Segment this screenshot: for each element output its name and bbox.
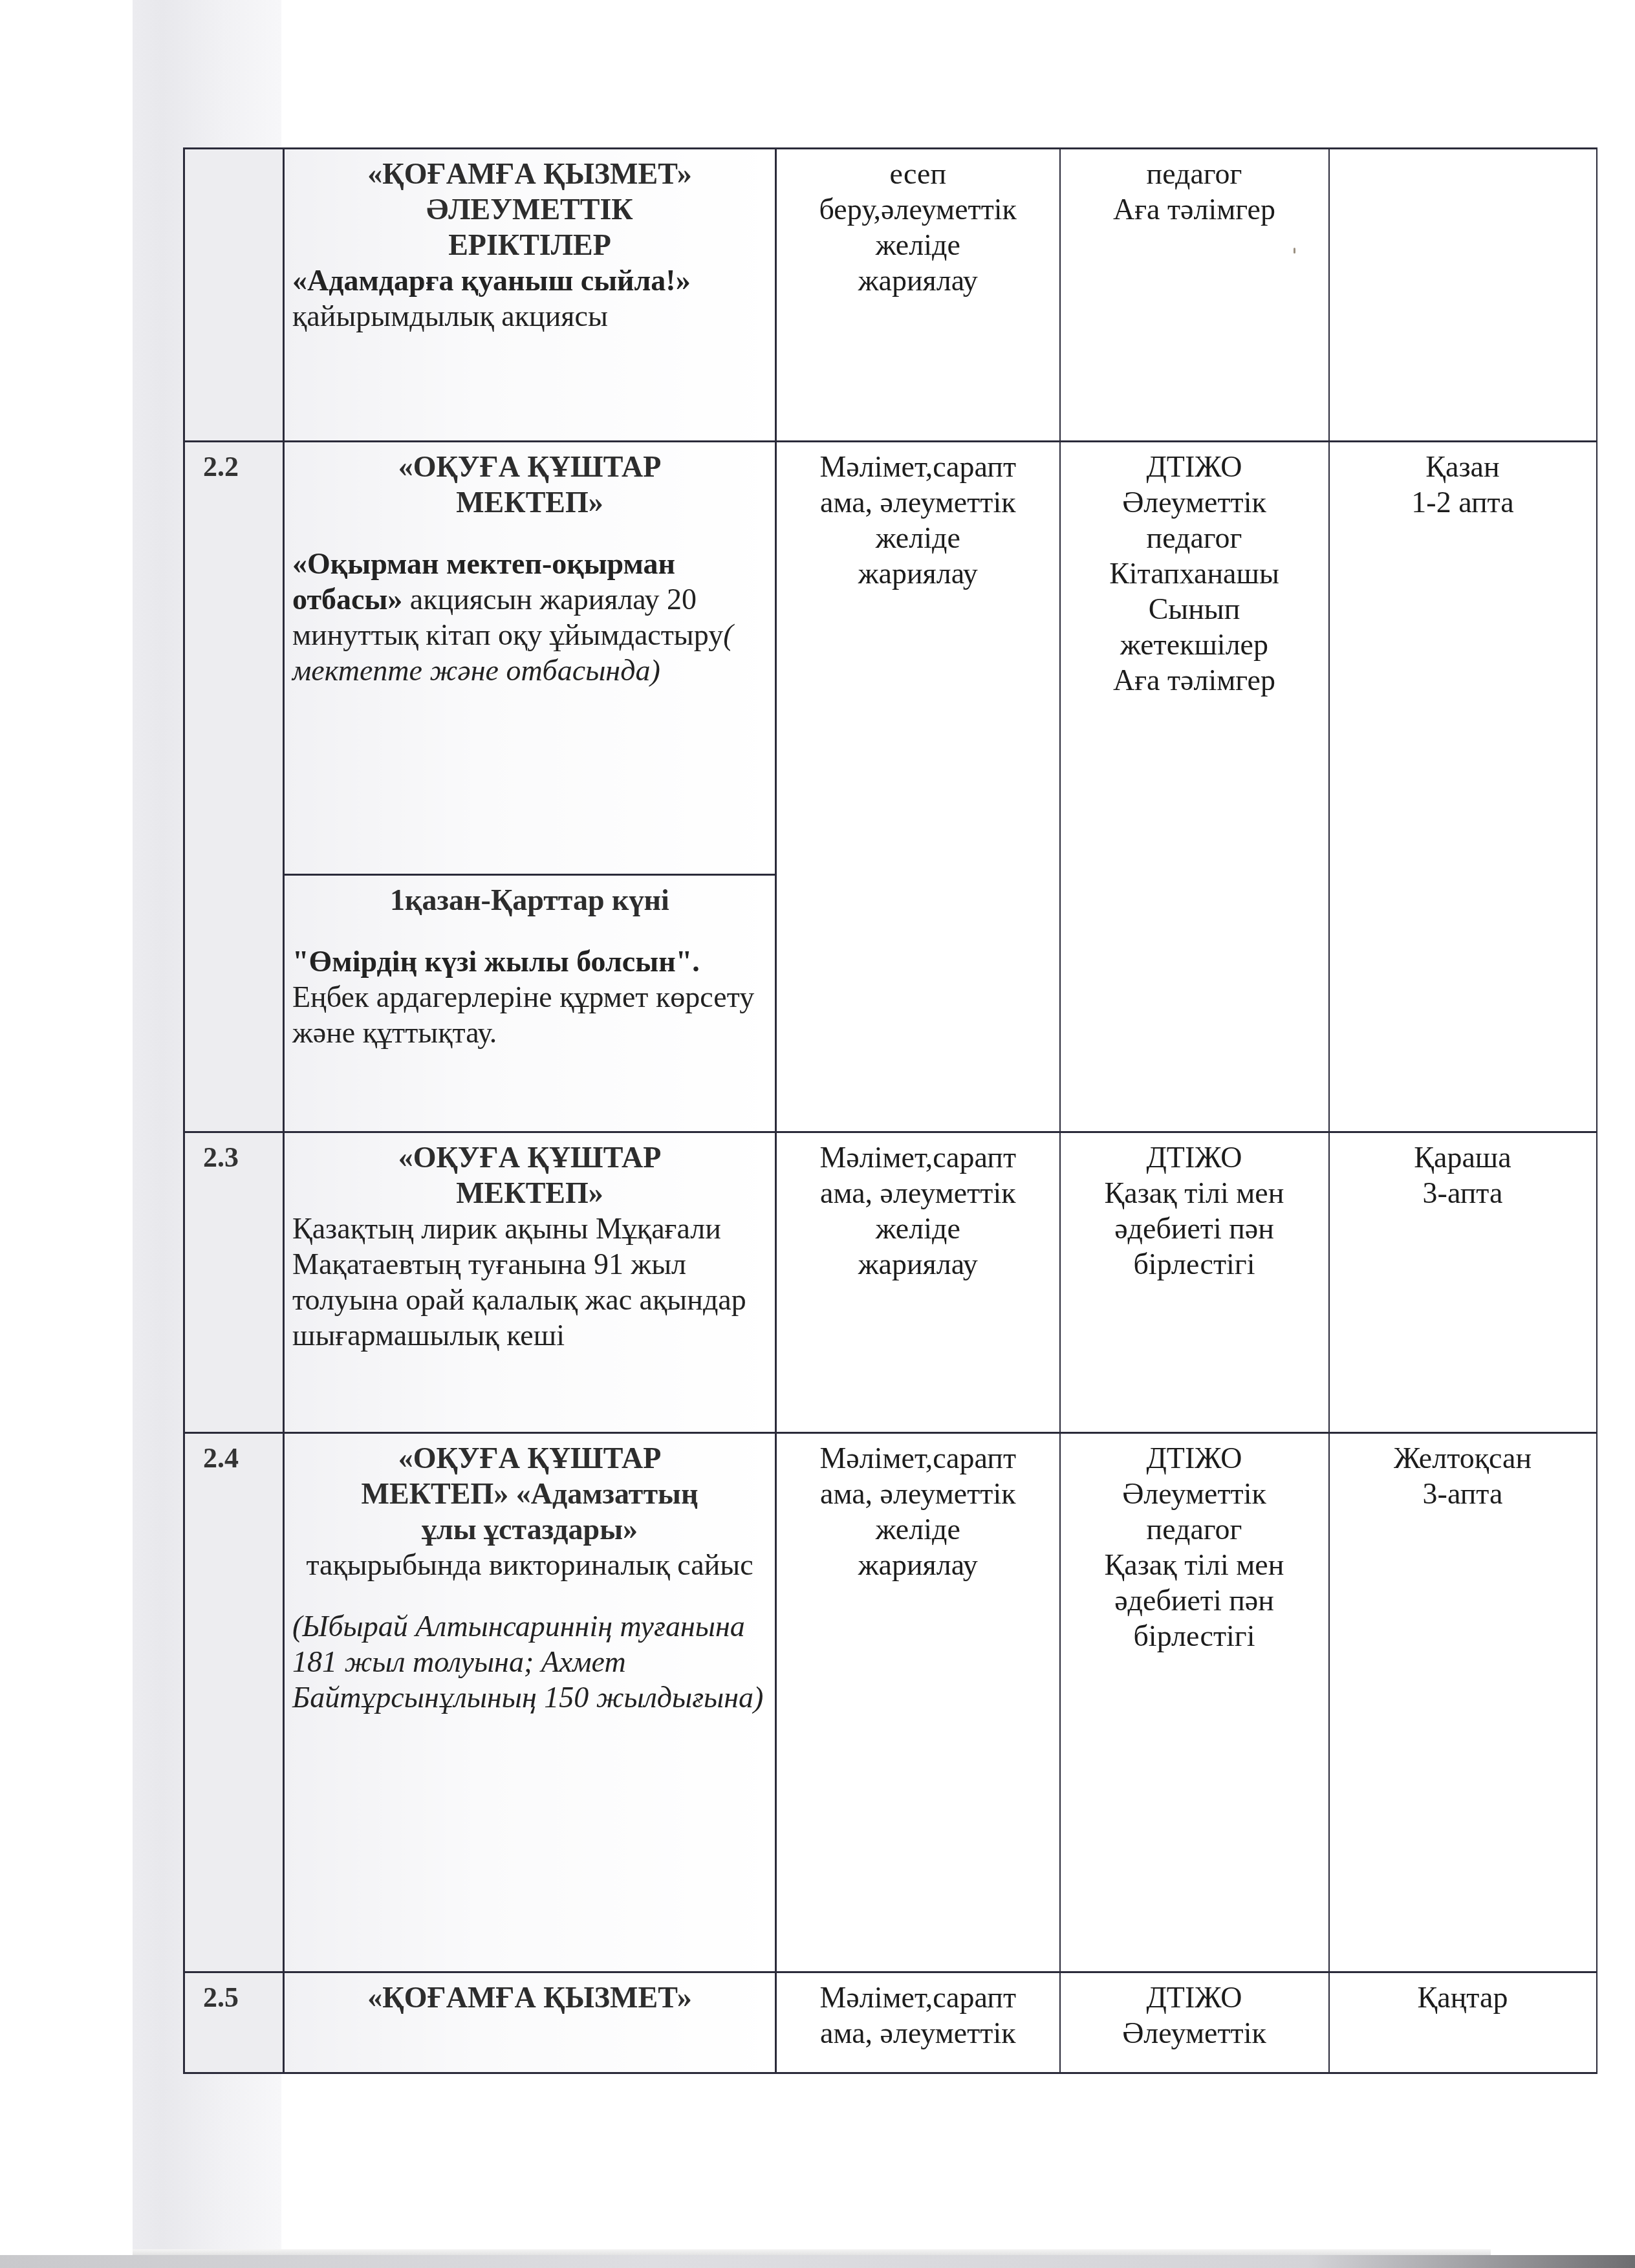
form-cell: Мәлімет,сарапт ама, әлеуметтік желіде жа… [776,442,1060,1132]
event-description: «Адамдарға қуаныш сыйла!» қайырымдылық а… [292,263,767,334]
responsible-cell: педагог Аға тәлімгер [1060,149,1329,442]
sub-event-cell: 1қазан-Қарттар күні "Өмірдің күзі жылы б… [284,875,776,1132]
responsible-cell: ДТІЖО Қазақ тілі мен әдебиеті пән бірлес… [1060,1132,1329,1433]
event-cell: «ОҚУҒА ҚҰШТАР МЕКТЕП» «Адамзаттың ұлы ұс… [284,1433,776,1972]
responsible-cell: ДТІЖО Әлеуметтік [1060,1972,1329,2073]
responsible-cell: ДТІЖО Әлеуметтік педагог Кітапханашы Сын… [1060,442,1329,1132]
event-title: «ҚОҒАМҒА ҚЫЗМЕТ» [292,1980,767,2015]
row-number: 2.3 [184,1132,284,1433]
table-row: «ҚОҒАМҒА ҚЫЗМЕТ» ӘЛЕУМЕТТІК ЕРІКТІЛЕР «А… [184,149,1597,442]
event-description: тақырыбында викториналық сайыс [292,1547,767,1582]
form-cell: есеп беру,әлеуметтік желіде жариялау [776,149,1060,442]
event-description: «Оқырман мектеп-оқырман отбасы» акциясын… [292,546,767,688]
row-number: 2.2 [184,442,284,1132]
form-cell: Мәлімет,сарапт ама, әлеуметтік желіде жа… [776,1433,1060,1972]
event-cell: «ОҚУҒА ҚҰШТАР МЕКТЕП» «Оқырман мектеп-оқ… [284,442,776,875]
event-cell: «ҚОҒАМҒА ҚЫЗМЕТ» ӘЛЕУМЕТТІК ЕРІКТІЛЕР «А… [284,149,776,442]
table-row: 2.2 «ОҚУҒА ҚҰШТАР МЕКТЕП» «Оқырман мекте… [184,442,1597,875]
event-title: «ОҚУҒА ҚҰШТАР МЕКТЕП» [292,1139,767,1211]
date-cell: Қазан 1-2 апта [1329,442,1597,1132]
scan-margin [0,0,133,2268]
row-number [184,149,284,442]
row-number: 2.5 [184,1972,284,2073]
event-title: «ОҚУҒА ҚҰШТАР МЕКТЕП» «Адамзаттың ұлы ұс… [292,1440,767,1547]
sub-event-title: 1қазан-Қарттар күні [292,882,767,918]
date-cell [1329,149,1597,442]
event-note: (Ыбырай Алтынсариннің туғанына 181 жыл т… [292,1608,767,1715]
event-description: Қазақтың лирик ақыны Мұқағали Мақатаевты… [292,1211,767,1353]
date-cell: Қаңтар [1329,1972,1597,2073]
event-title: «ҚОҒАМҒА ҚЫЗМЕТ» ӘЛЕУМЕТТІК ЕРІКТІЛЕР [292,156,767,263]
event-cell: «ОҚУҒА ҚҰШТАР МЕКТЕП» Қазақтың лирик ақы… [284,1132,776,1433]
form-cell: Мәлімет,сарапт ама, әлеуметтік [776,1972,1060,2073]
table-row: 2.4 «ОҚУҒА ҚҰШТАР МЕКТЕП» «Адамзаттың ұл… [184,1433,1597,1972]
table-row: 2.5 «ҚОҒАМҒА ҚЫЗМЕТ» Мәлімет,сарапт ама,… [184,1972,1597,2073]
responsible-cell: ДТІЖО Әлеуметтік педагог Қазақ тілі мен … [1060,1433,1329,1972]
date-cell: Қараша 3-апта [1329,1132,1597,1433]
scan-bottom-strip [0,2255,1635,2268]
row-number: 2.4 [184,1433,284,1972]
event-cell: «ҚОҒАМҒА ҚЫЗМЕТ» [284,1972,776,2073]
date-cell: Желтоқсан 3-апта [1329,1433,1597,1972]
form-cell: Мәлімет,сарапт ама, әлеуметтік желіде жа… [776,1132,1060,1433]
sub-event-description: "Өмірдің күзі жылы болсын". Еңбек ардаге… [292,944,767,1050]
plan-table: «ҚОҒАМҒА ҚЫЗМЕТ» ӘЛЕУМЕТТІК ЕРІКТІЛЕР «А… [183,147,1597,2074]
table-row: 2.3 «ОҚУҒА ҚҰШТАР МЕКТЕП» Қазақтың лирик… [184,1132,1597,1433]
event-title: «ОҚУҒА ҚҰШТАР МЕКТЕП» [292,449,767,520]
scan-speck [1294,248,1295,254]
